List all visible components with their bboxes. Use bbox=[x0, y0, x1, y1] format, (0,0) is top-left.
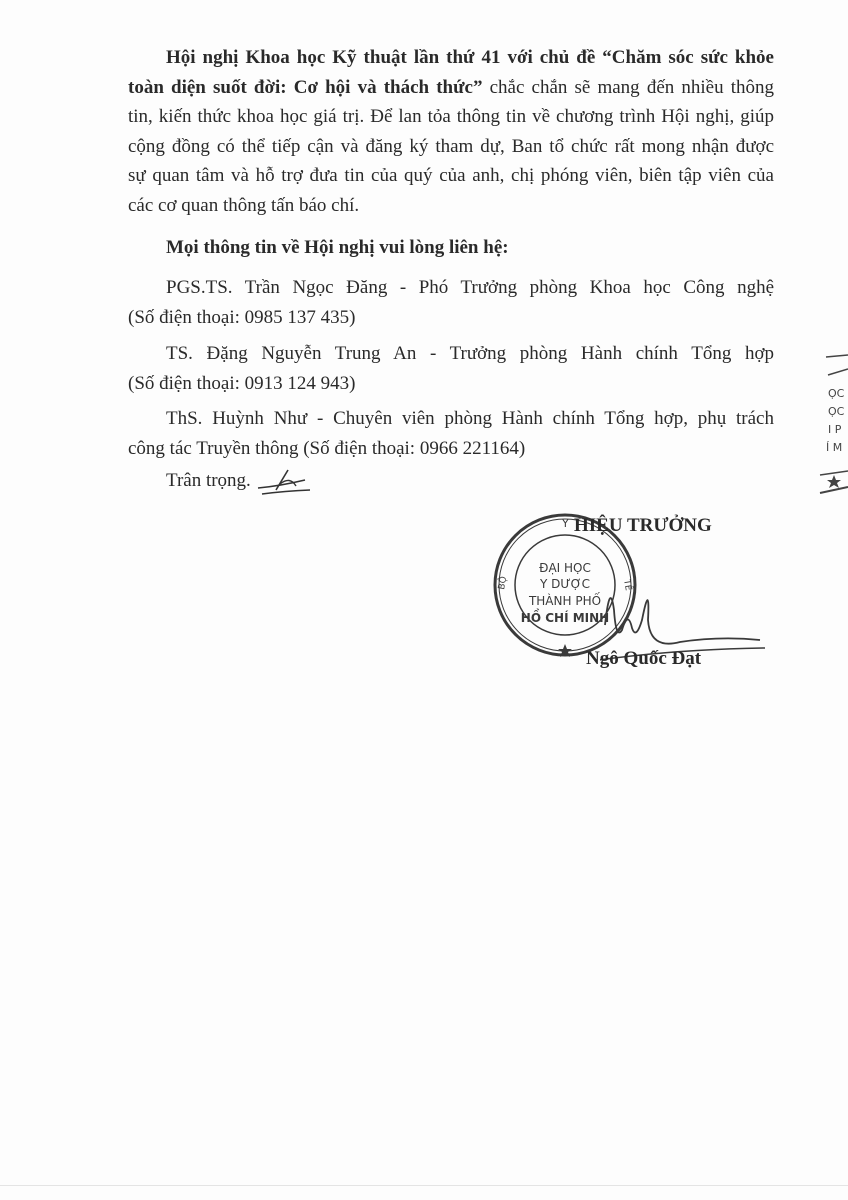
edge-stamp-fragment: I P bbox=[828, 423, 842, 436]
edge-stamp-fragment: ỌC bbox=[828, 405, 845, 418]
page-edge-divider bbox=[0, 1185, 848, 1186]
partial-stamp-icon: ỌC ỌC I P Í M bbox=[818, 345, 848, 515]
signature-title: HIỆU TRƯỞNG bbox=[574, 515, 712, 537]
stamp-line-3: THÀNH PHỐ bbox=[528, 592, 601, 608]
document-page: Hội nghị Khoa học Kỹ thuật lần thứ 41 vớ… bbox=[0, 0, 848, 1200]
stamp-line-2: Y DƯỢC bbox=[539, 577, 590, 591]
contact-heading: Mọi thông tin về Hội nghị vui lòng liên … bbox=[128, 233, 774, 263]
closing: Trân trọng. bbox=[128, 466, 774, 496]
contact-line-1: TS. Đặng Nguyễn Trung An - Trưởng phòng … bbox=[128, 339, 774, 369]
contact-item: ThS. Huỳnh Như - Chuyên viên phòng Hành … bbox=[128, 404, 774, 463]
edge-stamp-fragment: ỌC bbox=[828, 387, 845, 400]
intro-line-2: toàn diện suốt đời: Cơ hội và thách thức… bbox=[128, 73, 774, 103]
signer-name: Ngô Quốc Đạt bbox=[586, 648, 701, 670]
stamp-line-1: ĐẠI HỌC bbox=[539, 561, 591, 575]
contact-line-2: (Số điện thoại: 0985 137 435) bbox=[128, 303, 774, 333]
stamp-line-4: HỒ CHÍ MINH bbox=[521, 608, 609, 625]
intro-line-2-bold: toàn diện suốt đời: Cơ hội và thách thức… bbox=[128, 77, 482, 98]
intro-line-5: sự quan tâm và hỗ trợ đưa tin của quý củ… bbox=[128, 161, 774, 191]
intro-line-3: tin, kiến thức khoa học giá trị. Để lan … bbox=[128, 102, 774, 132]
intro-line-2-normal: chắc chắn sẽ mang đến nhiều thông bbox=[482, 77, 774, 98]
contact-line-1: PGS.TS. Trần Ngọc Đăng - Phó Trưởng phòn… bbox=[128, 273, 774, 303]
intro-paragraph: Hội nghị Khoa học Kỹ thuật lần thứ 41 vớ… bbox=[128, 43, 774, 220]
intro-line-4: cộng đồng có thể tiếp cận và đăng ký tha… bbox=[128, 132, 774, 162]
contact-line-2: (Số điện thoại: 0913 124 943) bbox=[128, 369, 774, 399]
initial-mark-icon bbox=[250, 466, 320, 496]
stamp-top-char: Y bbox=[561, 517, 569, 530]
contact-line-2: công tác Truyền thông (Số điện thoại: 09… bbox=[128, 434, 774, 464]
contact-item: PGS.TS. Trần Ngọc Đăng - Phó Trưởng phòn… bbox=[128, 273, 774, 332]
stamp-side-left: BỘ bbox=[495, 575, 509, 590]
contact-item: TS. Đặng Nguyễn Trung An - Trưởng phòng … bbox=[128, 339, 774, 398]
edge-stamp-fragment: Í M bbox=[826, 441, 842, 454]
intro-line-1: Hội nghị Khoa học Kỹ thuật lần thứ 41 vớ… bbox=[128, 43, 774, 73]
intro-line-6: các cơ quan thông tấn báo chí. bbox=[128, 191, 774, 221]
contact-line-1: ThS. Huỳnh Như - Chuyên viên phòng Hành … bbox=[128, 404, 774, 434]
